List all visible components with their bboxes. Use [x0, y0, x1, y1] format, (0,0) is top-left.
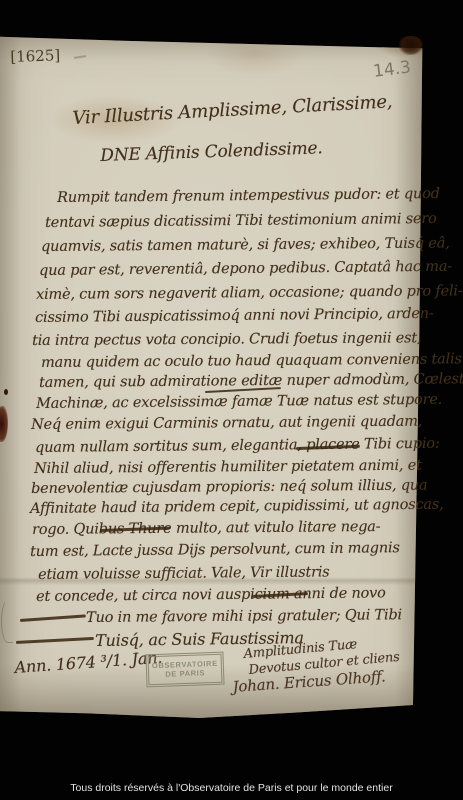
letter-line-16: rogo. Quibus Thure multo, aut vitulo lit… — [32, 519, 380, 538]
letter-line-13: Nihil aliud, nisi offerentis humiliter p… — [34, 458, 422, 477]
letter-line-7: tia intra pectus vota concipio. Crudi fo… — [32, 330, 421, 349]
letter-line-11: Neq́ enim exigui Carminis ornatu, aut in… — [31, 414, 422, 433]
pencil-mark-left-edge — [1, 599, 13, 643]
letter-line-18: etiam voluisse sufficiat. Vale, Vir illu… — [38, 564, 330, 583]
manuscript-viewer: [1625] 14.3 Vir Illustris Amplissime, Cl… — [0, 0, 463, 800]
stamp-line-2: DE PARIS — [165, 669, 205, 679]
catalog-number-annotation: [1625] — [10, 46, 60, 66]
ink-dot-left-edge — [4, 389, 8, 395]
copyright-caption: Tous droits réservés à l'Observatoire de… — [0, 782, 463, 794]
letter-line-20: Tuo in me favore mihi ipsi gratuler; Qui… — [86, 607, 402, 626]
observatoire-de-paris-stamp: OBSERVATOIRE DE PARIS — [145, 652, 224, 688]
